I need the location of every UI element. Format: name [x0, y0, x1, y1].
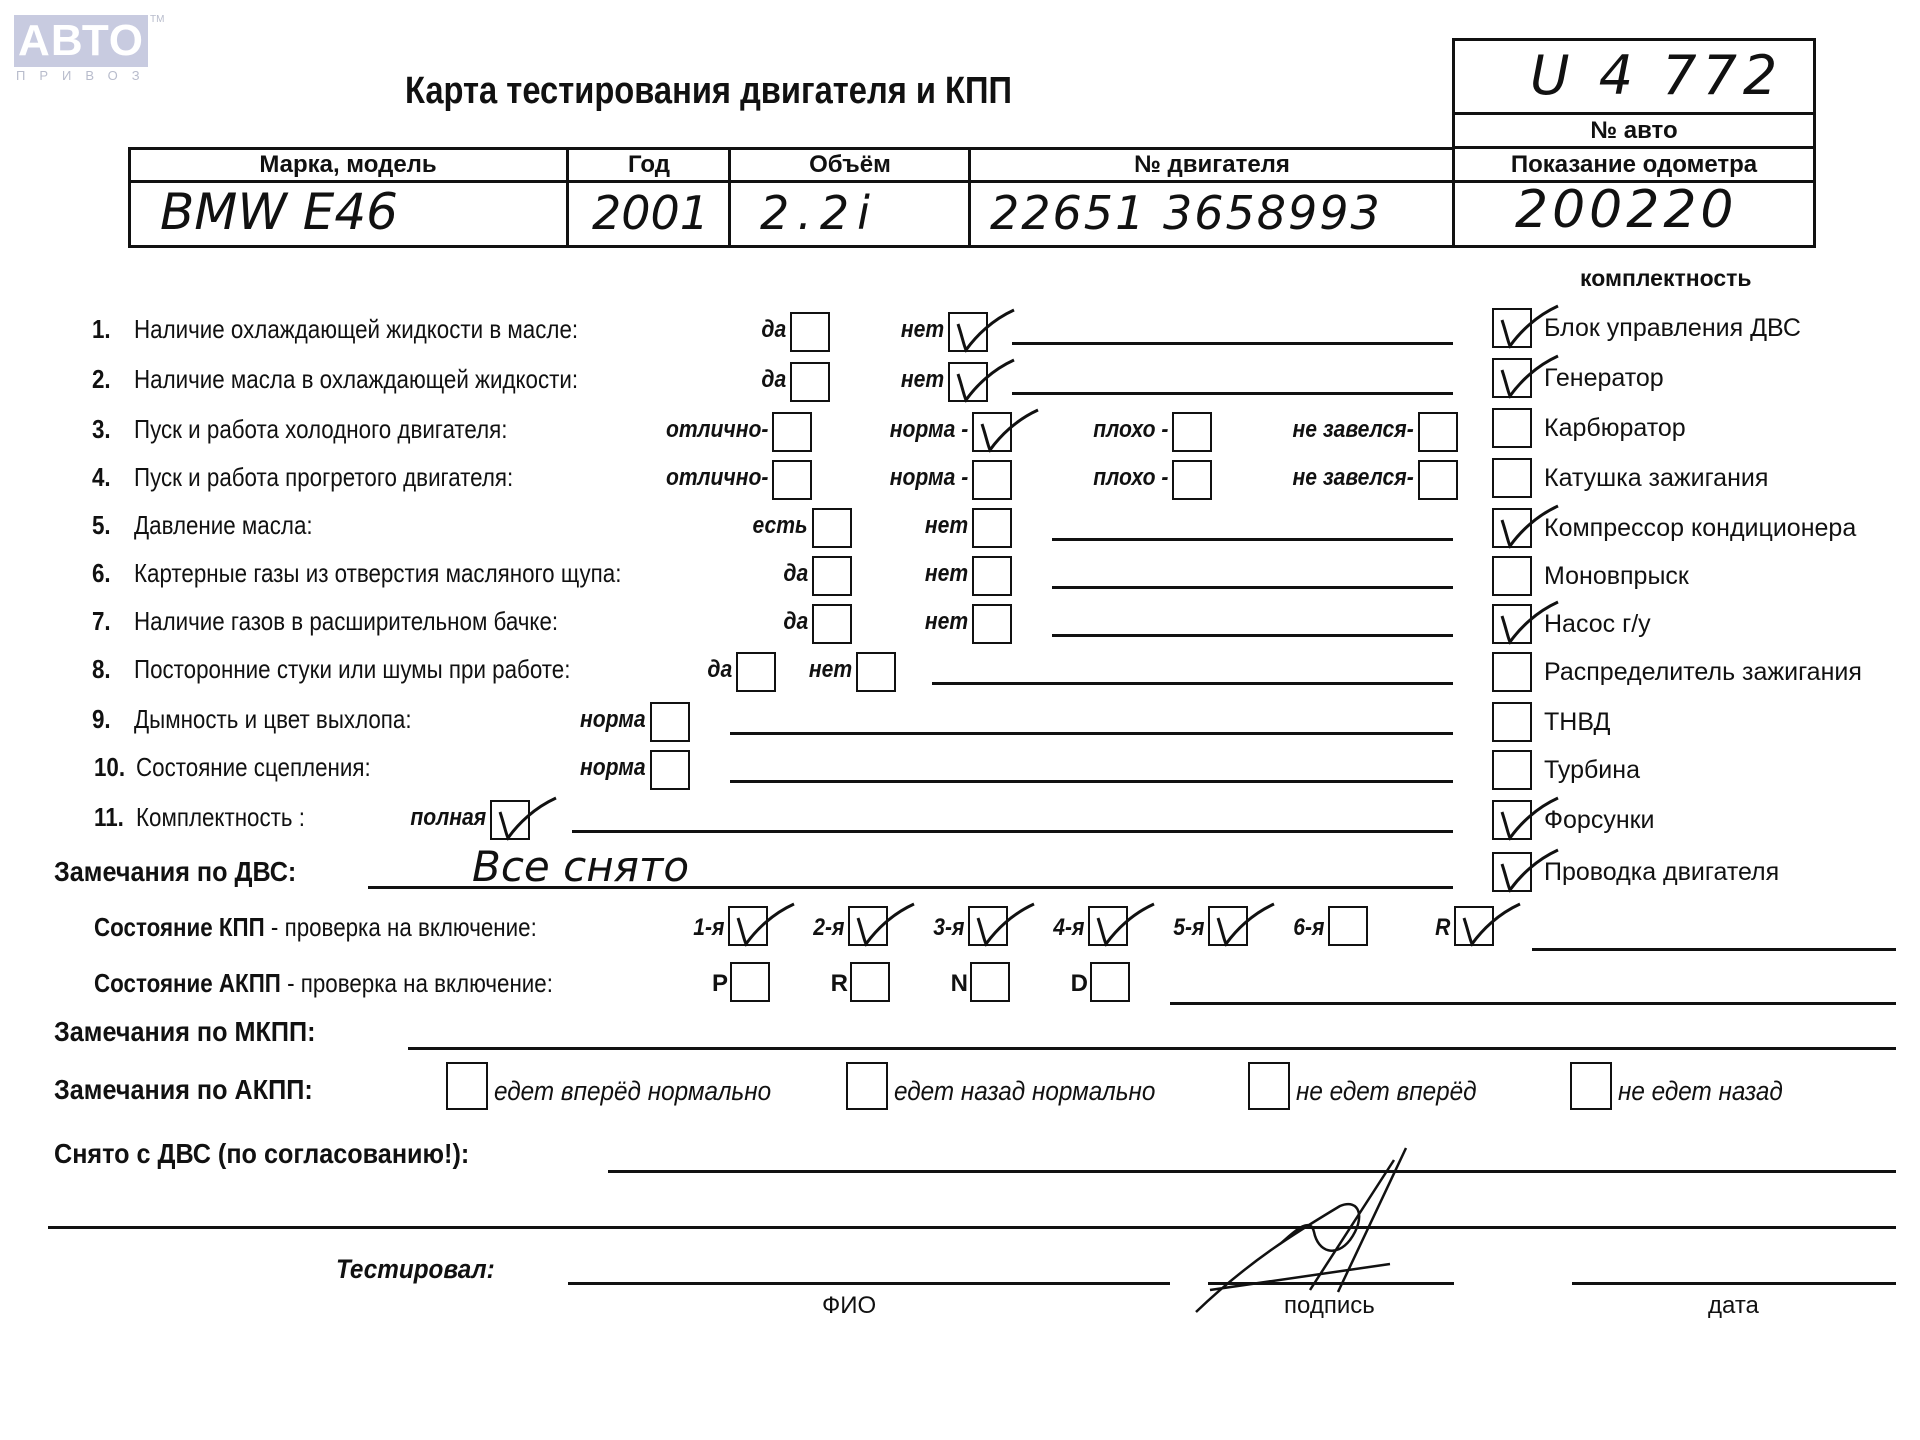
- signature-caption: подпись: [1284, 1292, 1375, 1320]
- option-label: нет: [925, 608, 968, 636]
- gear-checkbox[interactable]: [1088, 906, 1128, 946]
- auto-remark-checkbox[interactable]: [446, 1062, 488, 1110]
- gear-label: 4-я: [1053, 914, 1084, 942]
- option-label: нет: [925, 512, 968, 540]
- option-label: плохо -: [1093, 464, 1168, 492]
- check-label: Наличие масла в охлаждающей жидкости:: [134, 364, 578, 395]
- auto-remark-label: едет вперёд нормально: [494, 1076, 771, 1107]
- option-label: норма -: [889, 464, 968, 492]
- check-label: Давление масла:: [134, 510, 313, 541]
- auto-remark-checkbox[interactable]: [1248, 1062, 1290, 1110]
- option-checkbox[interactable]: [812, 508, 852, 548]
- check-label: Посторонние стуки или шумы при работе:: [134, 654, 570, 685]
- gear-label: 3-я: [933, 914, 964, 942]
- option-checkbox[interactable]: [790, 312, 830, 352]
- tested-by-label: Тестировал:: [336, 1254, 495, 1285]
- completeness-checkbox[interactable]: [1492, 458, 1532, 498]
- option-label: да: [783, 608, 808, 636]
- engine-number-value[interactable]: 22651 3658993: [990, 186, 1382, 240]
- option-checkbox[interactable]: [1418, 460, 1458, 500]
- name-caption: ФИО: [822, 1292, 876, 1320]
- notes-field[interactable]: [1052, 538, 1453, 541]
- option-checkbox[interactable]: [972, 508, 1012, 548]
- engine-remarks-label: Замечания по ДВС:: [54, 856, 296, 888]
- notes-field[interactable]: [730, 780, 1453, 783]
- completeness-checkbox[interactable]: [1492, 358, 1532, 398]
- option-checkbox[interactable]: [972, 412, 1012, 452]
- completeness-label: Генератор: [1544, 364, 1664, 393]
- auto-remarks-label: Замечания по АКПП:: [54, 1074, 313, 1106]
- completeness-label: Насос г/у: [1544, 610, 1651, 639]
- logo-trademark: TM: [150, 14, 164, 25]
- manual-gearbox-notes-field[interactable]: [1532, 948, 1896, 951]
- option-label: нет: [901, 316, 944, 344]
- auto-gearbox-title: Состояние АКПП: [94, 968, 281, 998]
- check-number: 11.: [94, 802, 124, 833]
- option-label: норма: [580, 754, 646, 782]
- auto-remark-label: едет назад нормально: [894, 1076, 1155, 1107]
- option-label: плохо -: [1093, 416, 1168, 444]
- check-number: 9.: [92, 704, 111, 735]
- option-label: да: [707, 656, 732, 684]
- notes-field[interactable]: [730, 732, 1453, 735]
- option-label: да: [761, 316, 786, 344]
- gear-label: 5-я: [1173, 914, 1204, 942]
- option-checkbox[interactable]: [650, 750, 690, 790]
- check-label: Картерные газы из отверстия масляного щу…: [134, 558, 621, 589]
- completeness-checkbox[interactable]: [1492, 800, 1532, 840]
- option-label: норма: [580, 706, 646, 734]
- completeness-checkbox[interactable]: [1492, 652, 1532, 692]
- column-header-make-model: Марка, модель: [128, 151, 568, 179]
- notes-field[interactable]: [1012, 342, 1453, 345]
- tester-signature-field[interactable]: [1208, 1282, 1454, 1285]
- date-caption: дата: [1708, 1292, 1759, 1320]
- option-checkbox[interactable]: [736, 652, 776, 692]
- check-label: Пуск и работа холодного двигателя:: [134, 414, 507, 445]
- option-checkbox[interactable]: [972, 460, 1012, 500]
- removed-label: Снято с ДВС (по согласованию!):: [54, 1138, 469, 1170]
- option-label: не завелся-: [1293, 464, 1414, 492]
- removed-field-second-line[interactable]: [48, 1226, 1896, 1229]
- completeness-label: ТНВД: [1544, 708, 1610, 737]
- manual-remarks-field[interactable]: [408, 1047, 1896, 1050]
- completeness-label: Катушка зажигания: [1544, 464, 1768, 493]
- removed-field[interactable]: [608, 1170, 1896, 1173]
- page-title: Карта тестирования двигателя и КПП: [405, 70, 1012, 113]
- option-checkbox[interactable]: [772, 460, 812, 500]
- check-number: 3.: [92, 414, 111, 445]
- check-number: 10.: [94, 752, 125, 783]
- gear-checkbox[interactable]: [1208, 906, 1248, 946]
- mode-label: D: [1071, 970, 1088, 998]
- option-label: есть: [753, 512, 808, 540]
- option-label: отлично-: [666, 416, 768, 444]
- odometer-value[interactable]: 200220: [1515, 180, 1738, 240]
- gear-label: R: [1435, 914, 1450, 942]
- check-number: 1.: [92, 314, 111, 345]
- auto-gearbox-label: Состояние АКПП - проверка на включение:: [94, 968, 553, 999]
- mode-checkbox[interactable]: [1090, 962, 1130, 1002]
- column-header-year: Год: [568, 151, 730, 179]
- auto-remark-checkbox[interactable]: [846, 1062, 888, 1110]
- option-label: отлично-: [666, 464, 768, 492]
- gear-checkbox[interactable]: [968, 906, 1008, 946]
- manual-remarks-label: Замечания по МКПП:: [54, 1016, 316, 1048]
- logo: АВТО: [14, 15, 148, 67]
- option-checkbox[interactable]: [948, 362, 988, 402]
- check-number: 8.: [92, 654, 111, 685]
- completeness-checkbox[interactable]: [1492, 604, 1532, 644]
- completeness-label: Моновпрыск: [1544, 562, 1689, 591]
- option-label: нет: [809, 656, 852, 684]
- completeness-checkbox[interactable]: [1492, 308, 1532, 348]
- notes-field[interactable]: [572, 830, 1453, 833]
- gear-checkbox[interactable]: [1454, 906, 1494, 946]
- odometer-label: Показание одометра: [1452, 151, 1816, 179]
- notes-field[interactable]: [932, 682, 1453, 685]
- option-checkbox[interactable]: [1172, 460, 1212, 500]
- tester-name-field[interactable]: [568, 1282, 1170, 1285]
- notes-field[interactable]: [1012, 392, 1453, 395]
- completeness-label: Карбюратор: [1544, 414, 1686, 443]
- option-label: норма -: [889, 416, 968, 444]
- option-label: нет: [901, 366, 944, 394]
- check-number: 2.: [92, 364, 111, 395]
- check-number: 7.: [92, 606, 111, 637]
- option-checkbox[interactable]: [812, 604, 852, 644]
- check-label: Комплектность :: [136, 802, 305, 833]
- completeness-label: Компрессор кондиционера: [1544, 514, 1856, 543]
- option-label: да: [783, 560, 808, 588]
- completeness-checkbox[interactable]: [1492, 508, 1532, 548]
- option-checkbox[interactable]: [772, 412, 812, 452]
- completeness-title: комплектность: [1580, 265, 1752, 292]
- check-number: 5.: [92, 510, 111, 541]
- notes-field[interactable]: [1052, 586, 1453, 589]
- make-model-value[interactable]: BMW E46: [160, 183, 398, 241]
- option-checkbox[interactable]: [650, 702, 690, 742]
- check-label: Дымность и цвет выхлопа:: [134, 704, 412, 735]
- check-label: Пуск и работа прогретого двигателя:: [134, 462, 513, 493]
- gear-checkbox[interactable]: [848, 906, 888, 946]
- manual-gearbox-label: Состояние КПП - проверка на включение:: [94, 912, 537, 943]
- auto-gearbox-subtitle: - проверка на включение:: [281, 968, 553, 998]
- check-label: Наличие газов в расширительном бачке:: [134, 606, 558, 637]
- gear-label: 2-я: [813, 914, 844, 942]
- check-number: 4.: [92, 462, 111, 493]
- check-label: Наличие охлаждающей жидкости в масле:: [134, 314, 578, 345]
- manual-gearbox-subtitle: - проверка на включение:: [265, 912, 537, 942]
- mode-label: R: [831, 970, 848, 998]
- gear-label: 6-я: [1293, 914, 1324, 942]
- notes-field[interactable]: [1052, 634, 1453, 637]
- mode-checkbox[interactable]: [970, 962, 1010, 1002]
- gear-checkbox[interactable]: [728, 906, 768, 946]
- option-checkbox[interactable]: [1172, 412, 1212, 452]
- column-header-engine-number: № двигателя: [970, 151, 1454, 179]
- logo-subtitle: ПРИВОЗ: [16, 68, 154, 83]
- option-checkbox[interactable]: [856, 652, 896, 692]
- gear-checkbox[interactable]: [1328, 906, 1368, 946]
- volume-value[interactable]: 2.2i: [760, 186, 878, 240]
- option-checkbox[interactable]: [972, 556, 1012, 596]
- completeness-label: Форсунки: [1544, 806, 1655, 835]
- car-number-label: № авто: [1452, 117, 1816, 145]
- car-number-value[interactable]: U 4 772: [1530, 44, 1783, 107]
- completeness-label: Распределитель зажигания: [1544, 658, 1862, 687]
- year-value[interactable]: 2001: [592, 186, 709, 240]
- option-label: полная: [410, 804, 486, 832]
- option-checkbox[interactable]: [972, 604, 1012, 644]
- completeness-checkbox[interactable]: [1492, 750, 1532, 790]
- mode-checkbox[interactable]: [850, 962, 890, 1002]
- option-checkbox[interactable]: [1418, 412, 1458, 452]
- auto-remark-label: не едет назад: [1618, 1076, 1783, 1107]
- engine-remarks-value[interactable]: Все снято: [472, 842, 689, 891]
- mode-checkbox[interactable]: [730, 962, 770, 1002]
- auto-remark-checkbox[interactable]: [1570, 1062, 1612, 1110]
- option-label: не завелся-: [1293, 416, 1414, 444]
- option-checkbox[interactable]: [790, 362, 830, 402]
- completeness-checkbox[interactable]: [1492, 556, 1532, 596]
- completeness-label: Проводка двигателя: [1544, 858, 1779, 887]
- option-checkbox[interactable]: [490, 800, 530, 840]
- column-header-volume: Объём: [730, 151, 970, 179]
- manual-gearbox-title: Состояние КПП: [94, 912, 265, 942]
- test-date-field[interactable]: [1572, 1282, 1896, 1285]
- check-number: 6.: [92, 558, 111, 589]
- completeness-label: Турбина: [1544, 756, 1640, 785]
- gear-label: 1-я: [693, 914, 724, 942]
- check-label: Состояние сцепления:: [136, 752, 371, 783]
- option-label: нет: [925, 560, 968, 588]
- completeness-checkbox[interactable]: [1492, 408, 1532, 448]
- completeness-checkbox[interactable]: [1492, 702, 1532, 742]
- completeness-label: Блок управления ДВС: [1544, 314, 1801, 343]
- option-label: да: [761, 366, 786, 394]
- mode-label: N: [951, 970, 968, 998]
- completeness-checkbox[interactable]: [1492, 852, 1532, 892]
- auto-remark-label: не едет вперёд: [1296, 1076, 1477, 1107]
- option-checkbox[interactable]: [948, 312, 988, 352]
- mode-label: P: [712, 970, 728, 998]
- option-checkbox[interactable]: [812, 556, 852, 596]
- auto-gearbox-notes-field[interactable]: [1170, 1002, 1896, 1005]
